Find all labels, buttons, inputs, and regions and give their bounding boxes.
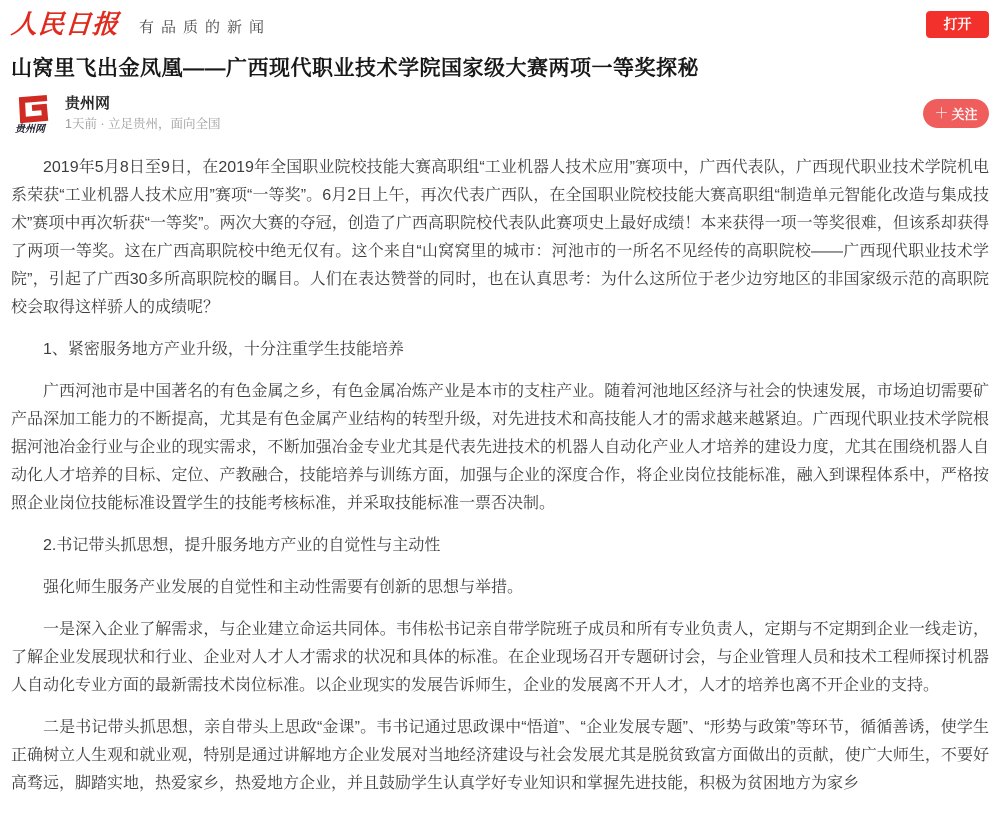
publisher-row: 贵州网 贵州网 1天前 · 立足贵州，面向全国 ＋ 关注	[11, 92, 989, 134]
section-heading: 2.书记带头抓思想，提升服务地方产业的自觉性与主动性	[11, 532, 989, 560]
article-page: 人民日报 有品质的新闻 打开 山窝里飞出金凤凰——广西现代职业技术学院国家级大赛…	[0, 0, 1000, 798]
article-body: 2019年5月8日至9日，在2019年全国职业院校技能大赛高职组“工业机器人技术…	[11, 154, 989, 798]
publisher-logo-icon[interactable]: 贵州网	[14, 93, 52, 133]
publisher-logo-text: 贵州网	[15, 123, 47, 133]
paragraph: 强化师生服务产业发展的自觉性和主动性需要有创新的思想与举措。	[11, 574, 989, 602]
plus-icon: ＋	[934, 103, 948, 123]
section-heading: 1、紧密服务地方产业升级，十分注重学生技能培养	[11, 336, 989, 364]
follow-button[interactable]: ＋ 关注	[923, 99, 989, 128]
paragraph: 一是深入企业了解需求，与企业建立命运共同体。韦伟松书记亲自带学院班子成员和所有专…	[11, 616, 989, 700]
paragraph: 2019年5月8日至9日，在2019年全国职业院校技能大赛高职组“工业机器人技术…	[11, 154, 989, 322]
paragraph: 广西河池市是中国著名的有色金属之乡，有色金属冶炼产业是本市的支柱产业。随着河池地…	[11, 378, 989, 518]
paragraph: 二是书记带头抓思想，亲自带头上思政“金课”。韦书记通过思政课中“悟道”、“企业发…	[11, 714, 989, 798]
brand: 人民日报 有品质的新闻	[11, 12, 271, 38]
follow-button-label: 关注	[951, 104, 977, 123]
article-title: 山窝里飞出金凤凰——广西现代职业技术学院国家级大赛两项一等奖探秘	[11, 55, 989, 83]
publisher-meta: 1天前 · 立足贵州，面向全国	[65, 117, 221, 132]
top-bar: 人民日报 有品质的新闻 打开	[11, 0, 989, 38]
brand-tagline: 有品质的新闻	[139, 13, 271, 37]
peoples-daily-logo: 人民日报	[10, 12, 120, 38]
publisher-info: 贵州网 1天前 · 立足贵州，面向全国	[65, 95, 221, 132]
open-app-button[interactable]: 打开	[926, 11, 989, 38]
publisher-name[interactable]: 贵州网	[65, 95, 221, 113]
